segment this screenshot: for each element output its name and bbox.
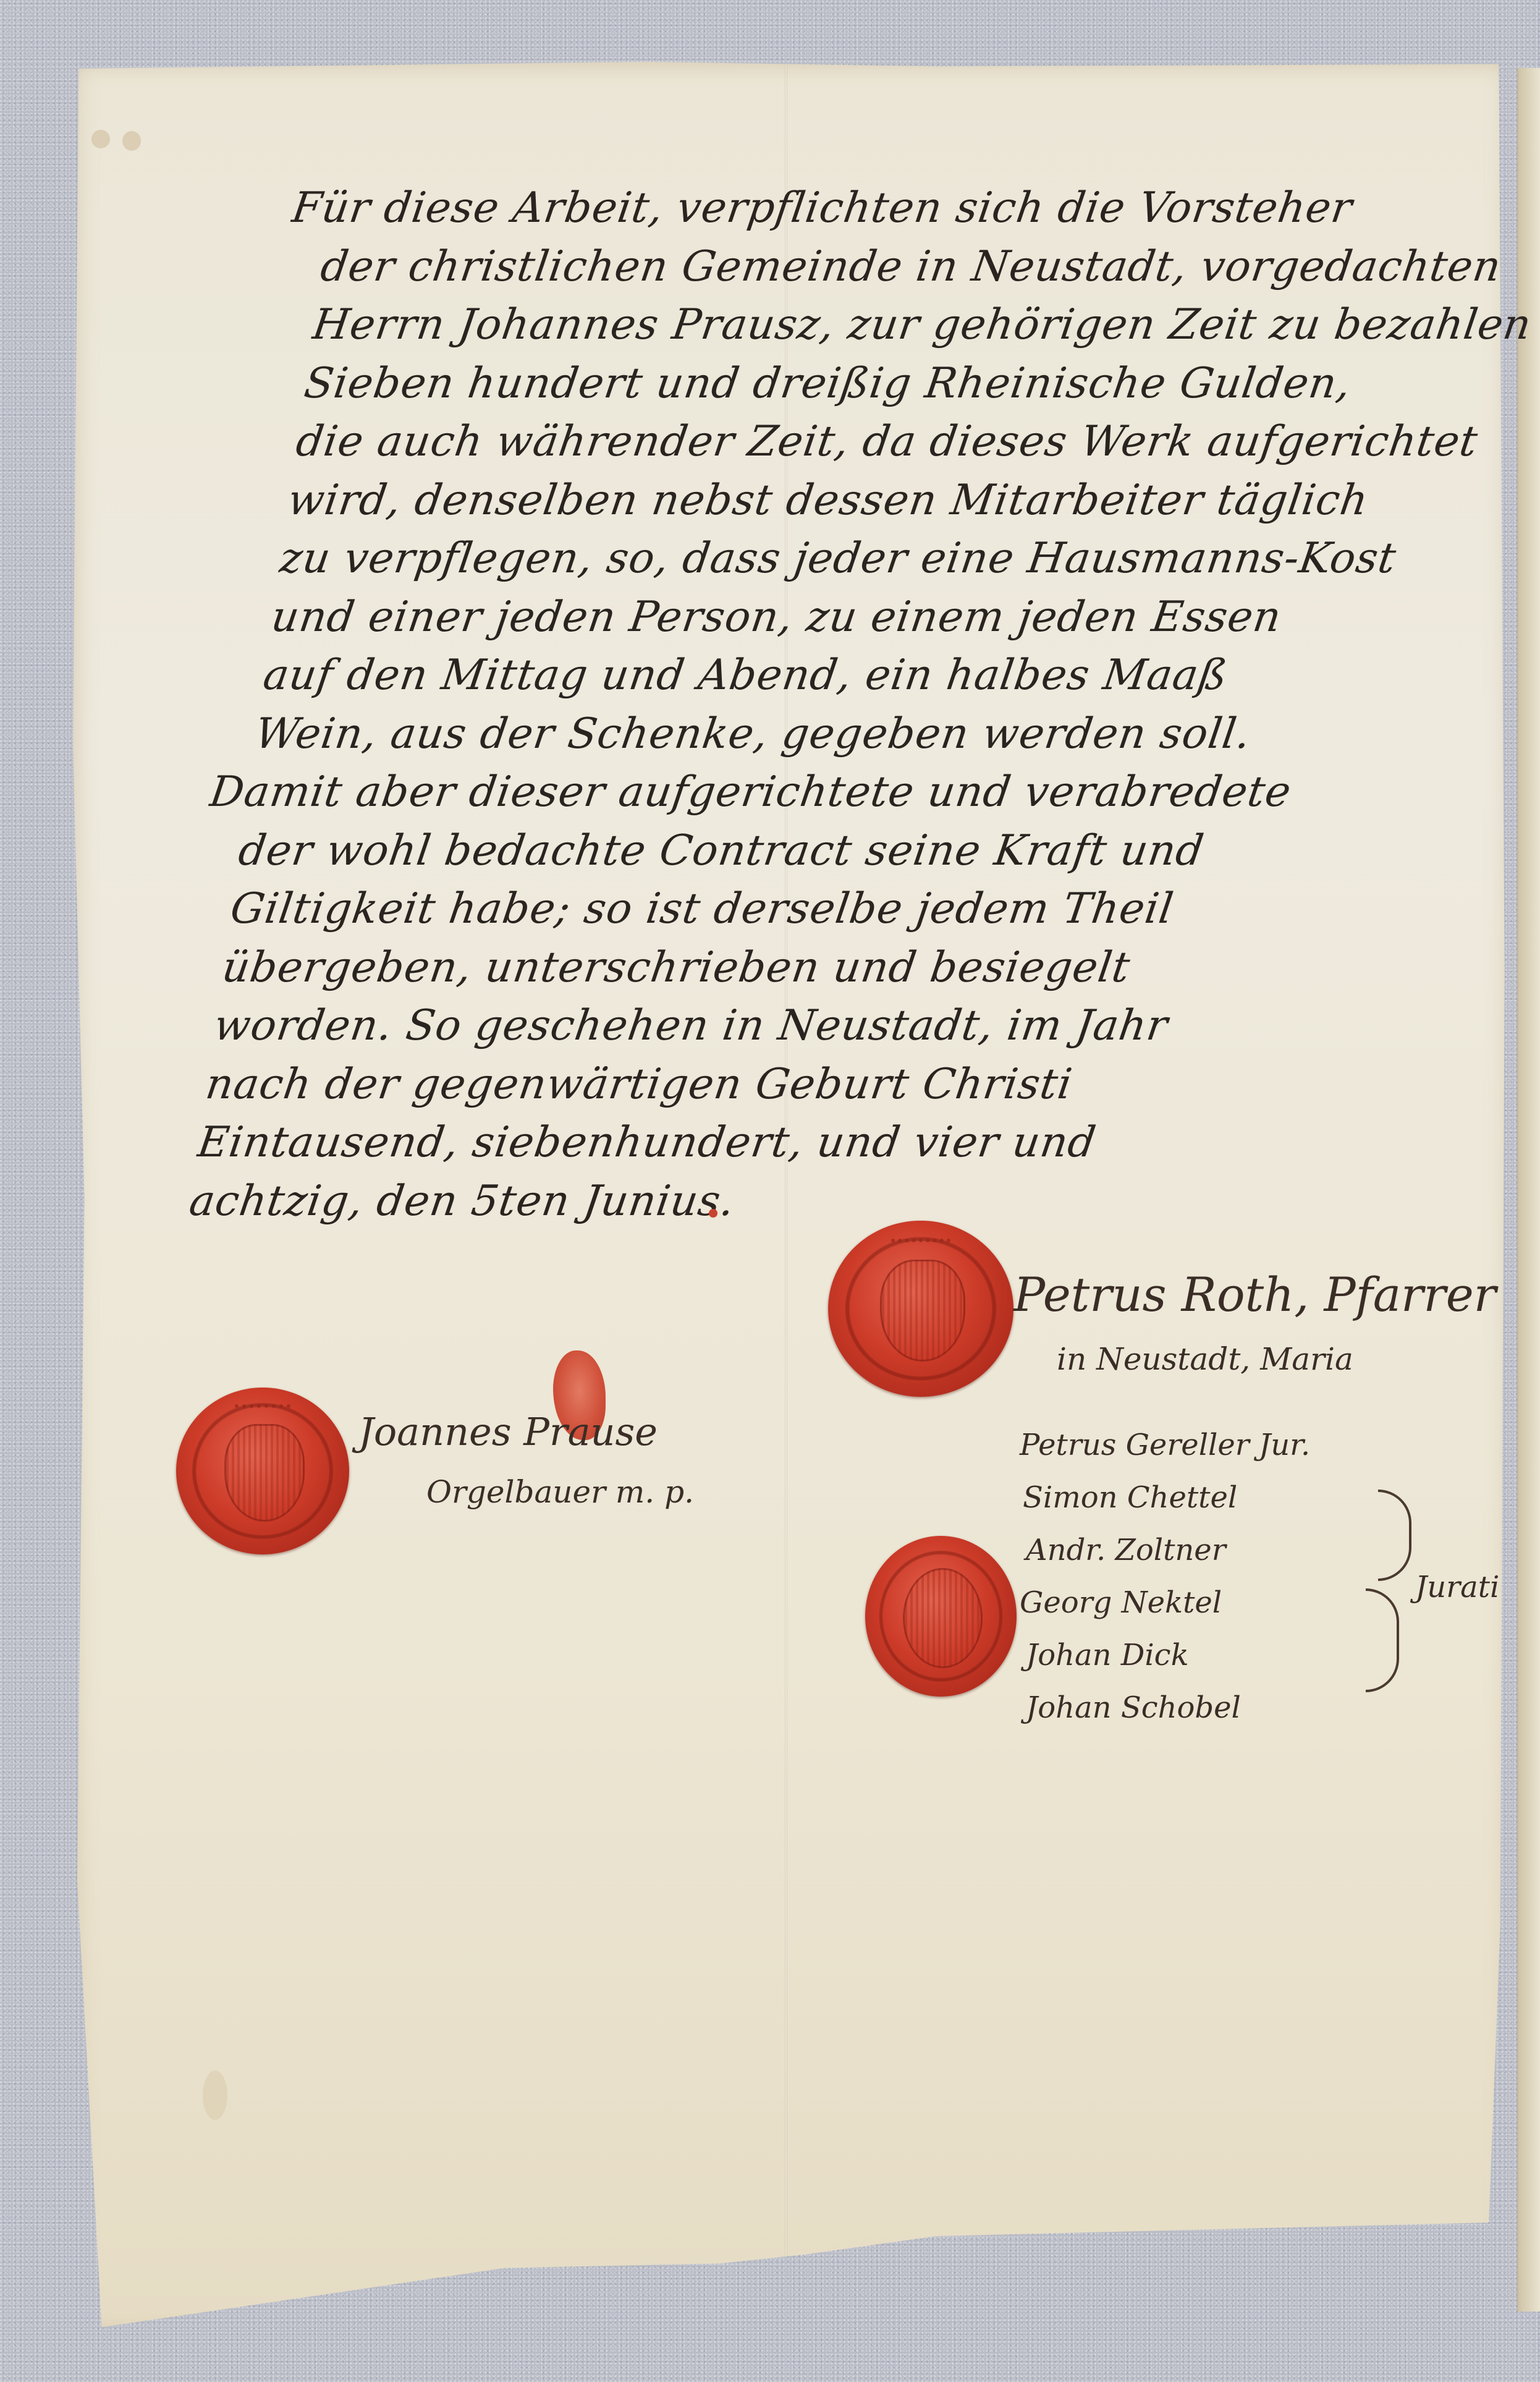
wax-drop (709, 1209, 717, 1218)
text-line: worden. So geschehen in Neustadt, im Jah… (210, 997, 1466, 1056)
contract-body: Für diese Arbeit, verpflichten sich die … (148, 179, 1540, 1231)
stain (91, 130, 110, 148)
juror-signature: Johan Schobel (1026, 1690, 1241, 1725)
seal-coat-of-arms-icon (224, 1424, 304, 1521)
text-line: Für diese Arbeit, verpflichten sich die … (288, 179, 1540, 238)
stain (203, 2070, 227, 2120)
text-line: Herrn Johannes Prausz, zur gehörigen Zei… (309, 296, 1540, 355)
juror-signature: Petrus Gereller Jur. (1020, 1428, 1310, 1462)
text-line: zu verpflegen, so, dass jeder eine Hausm… (276, 530, 1533, 588)
juror-signature: Georg Nektel (1020, 1585, 1222, 1620)
text-line: der wohl bedachte Contract seine Kraft u… (235, 822, 1491, 881)
text-line: und einer jeden Person, zu einem jeden E… (268, 588, 1524, 647)
text-line: die auch währender Zeit, da dieses Werk … (292, 413, 1540, 472)
pastor-wax-seal (828, 1221, 1013, 1397)
juror-signature: Simon Chettel (1023, 1480, 1237, 1515)
text-line: Giltigkeit habe; so ist derselbe jedem T… (227, 880, 1483, 939)
text-line: Eintausend, siebenhundert, und vier und (194, 1114, 1450, 1172)
text-line: wird, denselben nebst dessen Mitarbeiter… (284, 472, 1540, 530)
text-line: Wein, aus der Schenke, gegeben werden so… (252, 705, 1508, 764)
seal-coat-of-arms-icon (880, 1260, 965, 1362)
pastor-title: in Neustadt, Maria (1057, 1341, 1353, 1377)
organ-builder-signature: Joannes Prause (358, 1409, 658, 1454)
text-line: Sieben hundert und dreißig Rheinische Gu… (300, 355, 1540, 413)
community-wax-seal (865, 1536, 1017, 1697)
text-line: übergeben, unterschrieben und besiegelt (219, 939, 1475, 998)
juror-signature: Andr. Zoltner (1026, 1533, 1226, 1567)
organ-builder-wax-seal (176, 1388, 349, 1554)
text-line: Damit aber dieser aufgerichtete und vera… (206, 763, 1499, 822)
text-line: auf den Mittag und Abend, ein halbes Maa… (260, 646, 1516, 705)
juror-signature: Johan Dick (1026, 1638, 1189, 1672)
stain (122, 131, 141, 151)
text-line: achtzig, den 5ten Junius. (185, 1172, 1442, 1231)
pastor-signature: Petrus Roth, Pfarrer (1013, 1267, 1496, 1322)
text-line: nach der gegenwärtigen Geburt Christi (202, 1056, 1458, 1114)
organ-builder-title: Orgelbauer m. p. (426, 1474, 694, 1510)
jurati-label: Jurati (1415, 1570, 1499, 1604)
seal-eagle-icon (903, 1568, 983, 1668)
text-line: der christlichen Gemeinde in Neustadt, v… (317, 238, 1540, 297)
